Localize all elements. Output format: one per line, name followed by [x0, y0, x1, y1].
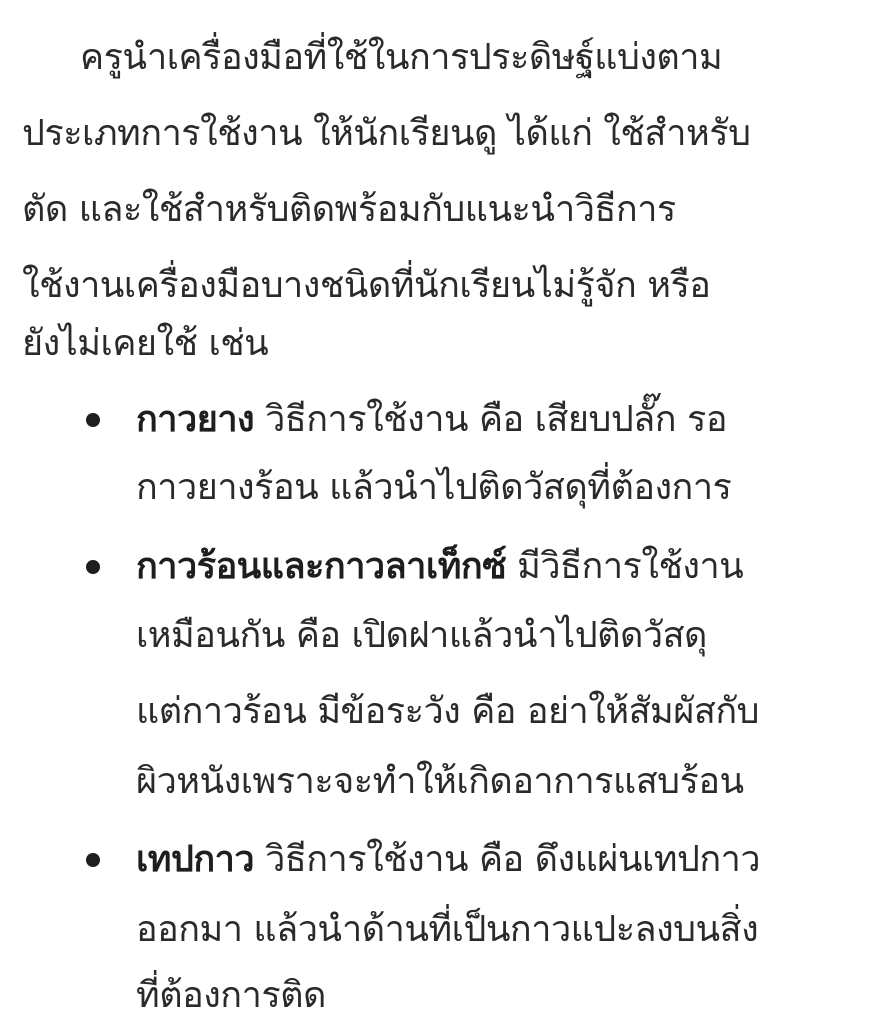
bullet-first-line: กาวร้อนและกาวลาเท็กซ์ มีวิธีการใช้งาน	[136, 537, 743, 597]
bullet-text: มีวิธีการใช้งาน	[506, 546, 743, 587]
intro-line: ประเภทการใช้งาน ให้นักเรียนดู ได้แก่ ใช้…	[22, 104, 750, 164]
intro-line: ครูนำเครื่องมือที่ใช้ในการประดิษฐ์แบ่งตา…	[80, 28, 722, 88]
bullet-first-line: กาวยาง วิธีการใช้งาน คือ เสียบปลั๊ก รอ	[136, 390, 727, 450]
bullet-icon	[86, 560, 100, 574]
bullet-term: เทปกาว	[136, 839, 254, 880]
intro-line: ใช้งานเครื่องมือบางชนิดที่นักเรียนไม่รู้…	[22, 256, 710, 316]
bullet-text: ออกมา แล้วนำด้านที่เป็นกาวแปะลงบนสิ่ง	[136, 900, 758, 960]
intro-line: ยังไม่เคยใช้ เช่น	[22, 314, 268, 374]
bullet-text: ที่ต้องการติด	[136, 966, 326, 1024]
bullet-term: กาวยาง	[136, 399, 254, 440]
bullet-first-line: เทปกาว วิธีการใช้งาน คือ ดึงแผ่นเทปกาว	[136, 830, 760, 890]
document-page: ครูนำเครื่องมือที่ใช้ในการประดิษฐ์แบ่งตา…	[0, 0, 869, 1024]
bullet-icon	[86, 853, 100, 867]
bullet-text: กาวยางร้อน แล้วนำไปติดวัสดุที่ต้องการ	[136, 458, 731, 518]
bullet-term: กาวร้อนและกาวลาเท็กซ์	[136, 546, 506, 587]
bullet-text: แต่กาวร้อน มีข้อระวัง คือ อย่าให้สัมผัสก…	[136, 682, 759, 742]
bullet-text: วิธีการใช้งาน คือ เสียบปลั๊ก รอ	[254, 399, 727, 440]
bullet-text: วิธีการใช้งาน คือ ดึงแผ่นเทปกาว	[254, 839, 760, 880]
bullet-text: ผิวหนังเพราะจะทำให้เกิดอาการแสบร้อน	[136, 752, 744, 812]
intro-line: ตัด และใช้สำหรับติดพร้อมกับแนะนำวิธีการ	[22, 180, 676, 240]
bullet-icon	[86, 413, 100, 427]
bullet-text: เหมือนกัน คือ เปิดฝาแล้วนำไปติดวัสดุ	[136, 606, 707, 666]
